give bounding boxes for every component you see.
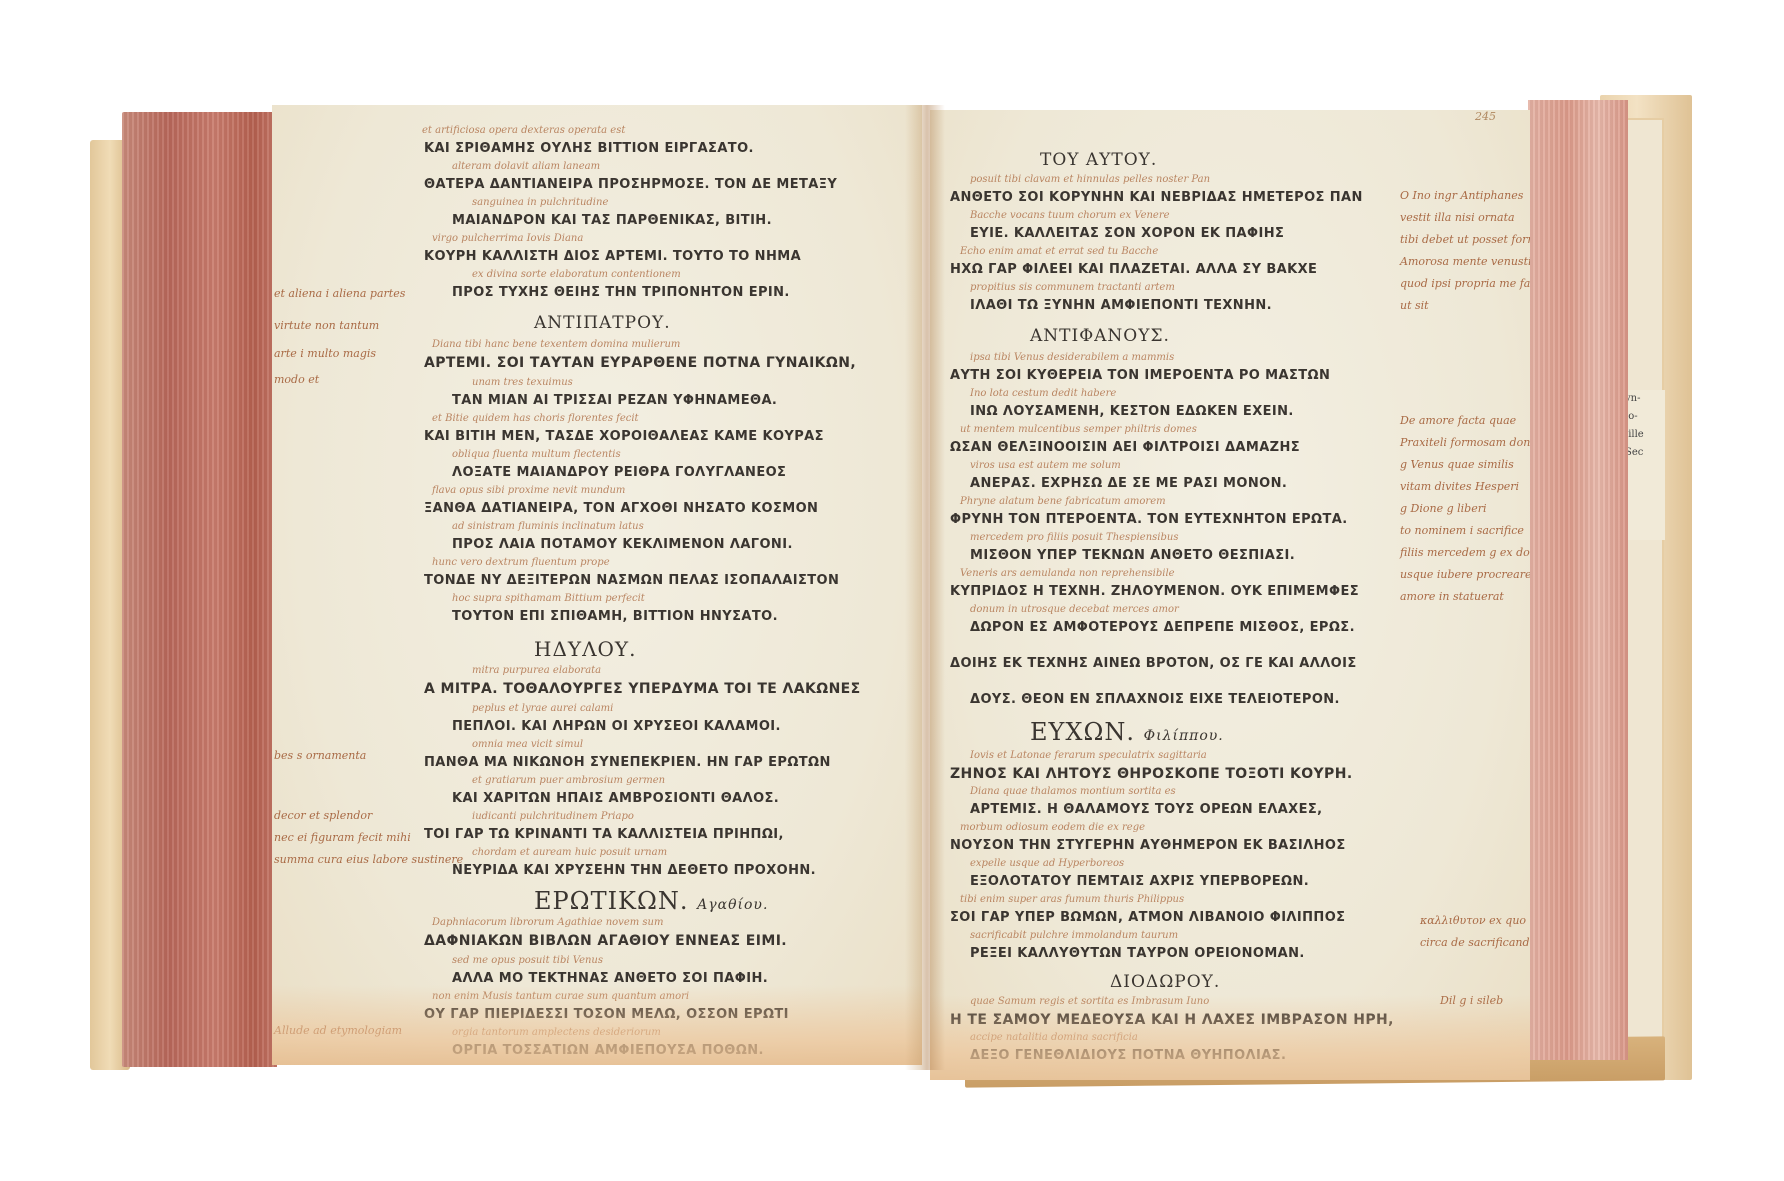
margin-note: to nominem i sacrifice [1400,520,1524,542]
margin-note: quod ipsi propria me fabricat [1400,273,1530,295]
section-heading: ΤΟΥ ΑΥΤΟΥ. [1040,150,1157,170]
section-heading: ΑΝΤΙΠΑΤΡΟΥ. [534,313,671,333]
margin-note: vestit illa nisi ornata [1400,207,1515,229]
text-line: ΞΑΝΘΑ ΔΑΤΙΑΝΕΙΡΑ, ΤΟΝ ΑΓΧΟΘΙ ΝΗΣΑΤΟ ΚΟΣΜ… [424,501,818,516]
interlinear-gloss: Echo enim amat et errat sed tu Bacche [960,246,1158,257]
margin-note: tibi debet ut posset formam [1400,229,1530,251]
text-line: ΔΑΦΝΙΑΚΩΝ ΒΙΒΛΩΝ ΑΓΑΘΙΟΥ ΕΝΝΕΑΣ ΕΙΜΙ. [424,933,787,949]
margin-note: decor et splendor [274,805,372,827]
text-line: ΝΟΥΣΟΝ ΤΗΝ ΣΤΥΓΕΡΗΝ ΑΥΘΗΜΕΡΟΝ ΕΚ ΒΑΣΙΛΗΟ… [950,838,1346,853]
interlinear-gloss: alteram dolavit aliam laneam [452,161,600,172]
text-line: ΔΟΥΣ. ΘΕΟΝ ΕΝ ΣΠΛΑΧΝΟΙΣ ΕΙΧΕ ΤΕΛΕΙΟΤΕΡΟΝ… [970,692,1340,707]
interlinear-gloss: iudicanti pulchritudinem Priapo [472,811,634,822]
interlinear-gloss: Veneris ars aemulanda non reprehensibile [960,568,1175,579]
text-line: ΔΩΡΟΝ ΕΣ ΑΜΦΟΤΕΡΟΥΣ ΔΕΠΡΕΠΕ ΜΙΣΘΟΣ, ΕΡΩΣ… [970,620,1355,635]
section-heading: ΔΙΟΔΩΡΟΥ. [1110,972,1220,992]
text-line: Α ΜΙΤΡΑ. ΤΟΘΑΛΟΥΡΓΕΣ ΥΠΕΡΔΥΜΑ ΤΟΙ ΤΕ ΛΑΚ… [424,681,861,697]
interlinear-gloss: Bacche vocans tuum chorum ex Venere [970,210,1170,221]
text-line: ΑΡΤΕΜΙ. ΣΟΙ ΤΑΥΤΑΝ ΕΥΡΑΡΘΕΝΕ ΠΟΤΝΑ ΓΥΝΑΙ… [424,355,856,371]
text-line: ΘΑΤΕΡΑ ΔΑΝΤΙΑΝΕΙΡΑ ΠΡΟΣΗΡΜΟΣΕ. ΤΟΝ ΔΕ ΜΕ… [424,177,837,192]
text-line: ΙΝΩ ΛΟΥΣΑΜΕΝΗ, ΚΕΣΤΟΝ ΕΔΩΚΕΝ ΕΧΕΙΝ. [970,404,1294,419]
text-line: ΕΥΙΕ. ΚΑΛΛΕΙΤΑΣ ΣΟΝ ΧΟΡΟΝ ΕΚ ΠΑΦΙΗΣ [970,226,1284,241]
text-line: ΦΡΥΝΗ ΤΟΝ ΠΤΕΡΟΕΝΤΑ. ΤΟΝ ΕΥΤΕΧΝΗΤΟΝ ΕΡΩΤ… [950,512,1348,527]
right-page-water-stain [930,995,1530,1080]
interlinear-gloss: hoc supra spithamam Bittium perfecit [452,593,645,604]
text-line: ΠΑΝΘΑ ΜΑ ΝΙΚΩΝΟΗ ΣΥΝΕΠΕΚΡΙΕΝ. ΗΝ ΓΑΡ ΕΡΩ… [424,755,831,770]
margin-note: καλλιθυτον ex quo [1420,910,1526,932]
interlinear-gloss: flava opus sibi proxime nevit mundum [432,485,625,496]
heading-main: ΕΥΧΩΝ. [1030,718,1135,746]
interlinear-gloss: propitius sis communem tractanti artem [970,282,1175,293]
interlinear-gloss: Phryne alatum bene fabricatum amorem [960,496,1166,507]
page-number: 245 [1475,110,1496,123]
interlinear-gloss: posuit tibi clavam et hinnulas pelles no… [970,174,1210,185]
interlinear-gloss: Diana quae thalamos montium sortita es [970,786,1176,797]
sheet-fragment-text: lille [1625,426,1665,444]
left-page: et aliena i aliena partes virtute non ta… [272,105,922,1065]
sheet-fragment-text: yn- [1625,390,1665,408]
text-line: ΖΗΝΟΣ ΚΑΙ ΛΗΤΟΥΣ ΘΗΡΟΣΚΟΠΕ ΤΟΞΟΤΙ ΚΟΥΡΗ. [950,766,1353,782]
margin-note: virtute non tantum [274,315,379,337]
interlinear-gloss: tibi enim super aras fumum thuris Philip… [960,894,1184,905]
text-line: ΜΑΙΑΝΔΡΟΝ ΚΑΙ ΤΑΣ ΠΑΡΘΕΝΙΚΑΣ, ΒΙΤΙΗ. [452,213,772,228]
text-line: ΑΥΤΗ ΣΟΙ ΚΥΘΕΡΕΙΑ ΤΟΝ ΙΜΕΡΟΕΝΤΑ ΡΟ ΜΑΣΤΩ… [950,368,1330,383]
heading-main: ΕΡΩΤΙΚΩΝ. [534,887,689,915]
section-heading: ΕΥΧΩΝ. Φιλίππου. [1030,718,1224,746]
text-line: ΤΟΝΔΕ ΝΥ ΔΕΞΙΤΕΡΩΝ ΝΑΣΜΩΝ ΠΕΛΑΣ ΙΣΟΠΑΛΑΙ… [424,573,839,588]
interlinear-gloss: donum in utrosque decebat merces amor [970,604,1179,615]
interlinear-gloss: morbum odiosum eodem die ex rege [960,822,1145,833]
interlinear-gloss: ipsa tibi Venus desiderabilem a mammis [970,352,1174,363]
interlinear-gloss: hunc vero dextrum fluentum prope [432,557,610,568]
interlinear-gloss: ut mentem mulcentibus semper philtris do… [960,424,1197,435]
right-page: 245 ΤΟΥ ΑΥΤΟΥ. posuit tibi clavam et hin… [930,110,1530,1080]
text-line: ΠΕΠΛΟΙ. ΚΑΙ ΛΗΡΩΝ ΟΙ ΧΡΥΣΕΟΙ ΚΑΛΑΜΟΙ. [452,719,781,734]
text-line: ΚΑΙ ΣΡΙΘΑΜΗΣ ΟΥΛΗΣ ΒΙΤΤΙΟΝ ΕΙΡΓΑΣΑΤΟ. [424,141,754,156]
interlinear-gloss: peplus et lyrae aurei calami [472,703,613,714]
text-line: ΕΞΟΛΟΤΑΤΟΥ ΠΕΜΤΑΙΣ ΑΧΡΙΣ ΥΠΕΡΒΟΡΕΩΝ. [970,874,1309,889]
margin-note: circa de sacrificando [1420,932,1530,954]
margin-note: Praxiteli formosam dona [1400,432,1530,454]
text-line: ΑΝΕΡΑΣ. ΕΧΡΗΣΩ ΔΕ ΣΕ ΜΕ ΡΑΣΙ ΜΟΝΟΝ. [970,476,1287,491]
margin-note: ut sit [1400,295,1429,317]
text-line: ΤΑΝ ΜΙΑΝ ΑΙ ΤΡΙΣΣΑΙ ΡΕΖΑΝ ΥΦΗΝΑΜΕΘΑ. [452,393,777,408]
interlinear-gloss: et Bitie quidem has choris florentes fec… [432,413,639,424]
sheet-fragment-text: lo- [1625,408,1665,426]
loose-sheet-fragment: yn- lo- lille Sec [1623,390,1665,540]
interlinear-gloss: Iovis et Latonae ferarum speculatrix sag… [970,750,1207,761]
margin-note: Amorosa mente venustissima [1400,251,1530,273]
text-line: ΣΟΙ ΓΑΡ ΥΠΕΡ ΒΩΜΩΝ, ΑΤΜΟΝ ΛΙΒΑΝΟΙΟ ΦΙΛΙΠ… [950,910,1345,925]
interlinear-gloss: sed me opus posuit tibi Venus [452,955,603,966]
interlinear-gloss: sacrificabit pulchre immolandum taurum [970,930,1178,941]
text-line: ΔΟΙΗΣ ΕΚ ΤΕΧΝΗΣ ΑΙΝΕΩ ΒΡΟΤΟΝ, ΟΣ ΓΕ ΚΑΙ … [950,656,1357,671]
text-line: ΜΙΣΘΟΝ ΥΠΕΡ ΤΕΚΝΩΝ ΑΝΘΕΤΟ ΘΕΣΠΙΑΣΙ. [970,548,1295,563]
text-line: ΤΟΥΤΟΝ ΕΠΙ ΣΠΙΘΑΜΗ, ΒΙΤΤΙΟΝ ΗΝΥΣΑΤΟ. [452,609,778,624]
interlinear-gloss: et gratiarum puer ambrosium germen [472,775,665,786]
text-line: ΝΕΥΡΙΔΑ ΚΑΙ ΧΡΥΣΕΗΝ ΤΗΝ ΔΕΘΕΤΟ ΠΡΟΧΟΗΝ. [452,863,816,878]
text-line: ΑΛΛΑ ΜΟ ΤΕΚΤΗΝΑΣ ΑΝΘΕΤΟ ΣΟΙ ΠΑΦΙΗ. [452,971,768,986]
margin-note: De amore facta quae [1400,410,1516,432]
text-line: ΙΛΑΘΙ ΤΩ ΞΥΝΗΝ ΑΜΦΙΕΠΟΝΤΙ ΤΕΧΝΗΝ. [970,298,1272,313]
heading-author: Αγαθίου. [697,897,768,913]
text-line: ΡΕΞΕΙ ΚΑΛΛΥΘΥΤΩΝ ΤΑΥΡΟΝ ΟΡΕΙΟΝΟΜΑΝ. [970,946,1305,961]
text-line: ΑΡΤΕΜΙΣ. Η ΘΑΛΑΜΟΥΣ ΤΟΥΣ ΟΡΕΩΝ ΕΛΑΧΕΣ, [970,802,1322,817]
interlinear-gloss: Ino lota cestum dedit habere [970,388,1116,399]
text-line: ΛΟΞΑΤΕ ΜΑΙΑΝΔΡΟΥ ΡΕΙΘΡΑ ΓΟΛΥΓΛΑΝΕΟΣ [452,465,786,480]
margin-note: arte i multo magis [274,343,376,365]
margin-note: bes s ornamenta [274,745,366,767]
margin-note: nec ei figuram fecit mihi [274,827,411,849]
interlinear-gloss: ex divina sorte elaboratum contentionem [472,269,681,280]
margin-note: amore in statuerat [1400,586,1504,608]
margin-note: g Venus quae similis [1400,454,1514,476]
text-line: ΤΟΙ ΓΑΡ ΤΩ ΚΡΙΝΑΝΤΙ ΤΑ ΚΑΛΛΙΣΤΕΙΑ ΠΡΙΗΠΩ… [424,827,784,842]
interlinear-gloss: viros usa est autem me solum [970,460,1121,471]
margin-note: et aliena i aliena partes [274,283,405,305]
text-line: ΠΡΟΣ ΤΥΧΗΣ ΘΕΙΗΣ ΤΗΝ ΤΡΙΠΟΝΗΤΟΝ ΕΡΙΝ. [452,285,790,300]
sheet-fragment-text: Sec [1625,444,1665,462]
interlinear-gloss: omnia mea vicit simul [472,739,583,750]
interlinear-gloss: Diana tibi hanc bene texentem domina mul… [432,339,680,350]
text-line: ΩΣΑΝ ΘΕΛΞΙΝΟΟΙΣΙΝ ΑΕΙ ΦΙΛΤΡΟΙΣΙ ΔΑΜΑΖΗΣ [950,440,1300,455]
interlinear-gloss: expelle usque ad Hyperboreos [970,858,1124,869]
margin-note: summa cura eius labore sustinere [274,849,463,871]
interlinear-gloss: ad sinistram fluminis inclinatum latus [452,521,644,532]
margin-note: O Ino ingr Antiphanes [1400,185,1523,207]
interlinear-gloss: Daphniacorum librorum Agathiae novem sum [432,917,663,928]
margin-note: filiis mercedem g ex dono [1400,542,1530,564]
margin-note: g Dione g liberi [1400,498,1487,520]
text-line: ΚΑΙ ΒΙΤΙΗ ΜΕΝ, ΤΑΣΔΕ ΧΟΡΟΙΘΑΛΕΑΣ ΚΑΜΕ ΚΟ… [424,429,824,444]
text-line: ΑΝΘΕΤΟ ΣΟΙ ΚΟΡΥΝΗΝ ΚΑΙ ΝΕΒΡΙΔΑΣ ΗΜΕΤΕΡΟΣ… [950,190,1363,205]
margin-note: modo et [274,369,319,391]
interlinear-gloss: sanguinea in pulchritudine [472,197,608,208]
section-heading: ΑΝΤΙΦΑΝΟΥΣ. [1030,326,1170,346]
interlinear-gloss: et artificiosa opera dexteras operata es… [422,125,625,136]
interlinear-gloss: chordam et auream huic posuit urnam [472,847,667,858]
interlinear-gloss: mitra purpurea elaborata [472,665,601,676]
text-line: ΠΡΟΣ ΛΑΙΑ ΠΟΤΑΜΟΥ ΚΕΚΛΙΜΕΝΟΝ ΛΑΓΟΝΙ. [452,537,793,552]
text-line: ΚΑΙ ΧΑΡΙΤΩΝ ΗΠΑΙΣ ΑΜΒΡΟΣΙΟΝΤΙ ΘΑΛΟΣ. [452,791,779,806]
heading-author: Φιλίππου. [1144,728,1224,744]
margin-note: usque iubere procreare [1400,564,1530,586]
right-page-stack-red-edge [1528,100,1628,1060]
interlinear-gloss: virgo pulcherrima Iovis Diana [432,233,583,244]
text-line: ΗΧΩ ΓΑΡ ΦΙΛΕΕΙ ΚΑΙ ΠΛΑΖΕΤΑΙ. ΑΛΛΑ ΣΥ ΒΑΚ… [950,262,1317,277]
interlinear-gloss: mercedem pro filiis posuit Thespiensibus [970,532,1178,543]
book-gutter-shadow [905,105,945,1070]
interlinear-gloss: unam tres texuimus [472,377,573,388]
interlinear-gloss: obliqua fluenta multum flectentis [452,449,621,460]
text-line: ΚΟΥΡΗ ΚΑΛΛΙΣΤΗ ΔΙΟΣ ΑΡΤΕΜΙ. ΤΟΥΤΟ ΤΟ ΝΗΜ… [424,249,801,264]
left-page-water-stain [272,985,922,1065]
section-heading: ΗΔΥΛΟΥ. [534,637,637,661]
text-line: ΚΥΠΡΙΔΟΣ Η ΤΕΧΝΗ. ΖΗΛΟΥΜΕΝΟΝ. ΟΥΚ ΕΠΙΜΕΜ… [950,584,1359,599]
left-page-stack-red-edge [122,112,277,1067]
section-heading: ΕΡΩΤΙΚΩΝ. Αγαθίου. [534,887,768,915]
margin-note: vitam divites Hesperi [1400,476,1519,498]
